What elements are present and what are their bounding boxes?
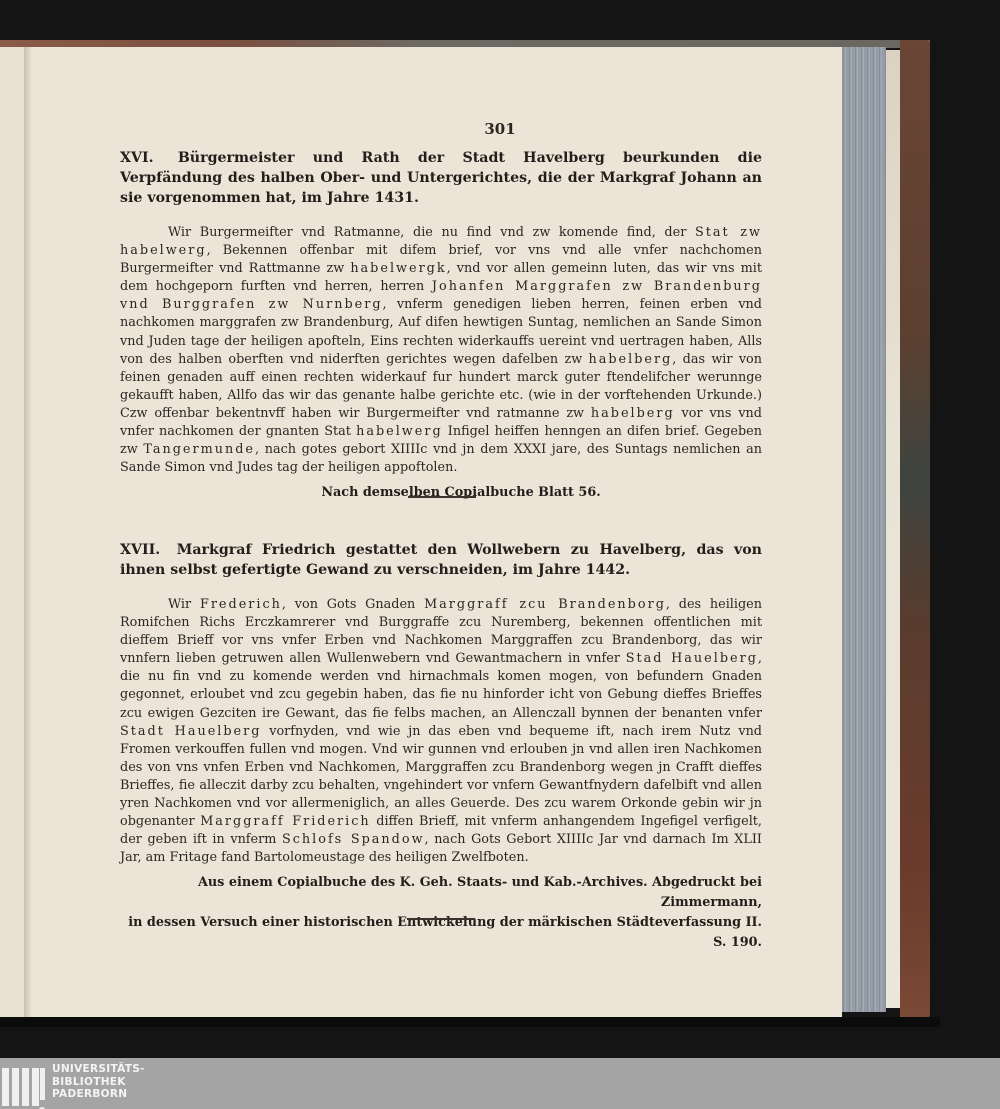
bottom-shadow [0, 1017, 940, 1027]
section-title: Markgraf Friedrich gestattet den Wollweb… [120, 542, 762, 578]
section-title: Bürgermeister und Rath der Stadt Havelbe… [120, 150, 762, 206]
section-xvi: XVI. Bürgermeister und Rath der Stadt Ha… [120, 148, 762, 503]
section-numeral: XVI. [120, 150, 154, 166]
section-xvi-body: Wir Burgermeifter vnd Ratmanne, die nu f… [120, 224, 762, 477]
page-number: 301 [0, 120, 1000, 138]
spaced-name: Stad Hauelberg [626, 651, 758, 666]
footer-bar: UNIVERSITÄTS- BIBLIOTHEK PADERBORN [0, 1058, 1000, 1109]
section-xvi-heading: XVI. Bürgermeister und Rath der Stadt Ha… [120, 148, 762, 208]
body-text: Wir [168, 597, 200, 612]
left-page-edge [0, 47, 26, 1017]
section-xvi-source: Nach demselben Copialbuche Blatt 56. [120, 483, 762, 503]
spaced-name: Marggraff zcu Brandenborg [424, 597, 666, 612]
page-block-edges [842, 47, 886, 1012]
logo-bar [22, 1068, 29, 1106]
logo-line: BIBLIOTHEK [52, 1076, 145, 1089]
library-logo-text: UNIVERSITÄTS- BIBLIOTHEK PADERBORN [52, 1063, 145, 1101]
section-xvii-source-line1: Aus einem Copialbuche des K. Geh. Staats… [120, 873, 762, 913]
spaced-name: habelwergk [350, 261, 446, 276]
section-xvii-heading: XVII. Markgraf Friedrich gestattet den W… [120, 540, 762, 580]
spaced-name: Stadt Hauelberg [120, 724, 261, 739]
gutter-shadow [24, 47, 32, 1017]
spaced-name: Marggraff Friderich [200, 814, 371, 829]
spaced-name: habelberg [591, 406, 675, 421]
spaced-name: Tangermunde [143, 442, 255, 457]
spaced-name: Frederich [200, 597, 282, 612]
logo-bar [12, 1068, 19, 1106]
section-divider [407, 918, 475, 920]
logo-bar [32, 1068, 39, 1106]
body-text: , von Gots Gnaden [282, 597, 424, 612]
spaced-name: Schlofs Spandow [282, 832, 425, 847]
book-cover-right-edge [900, 40, 930, 1020]
section-xvii-body: Wir Frederich, von Gots Gnaden Marggraff… [120, 596, 762, 867]
page-block-edge-light [886, 50, 900, 1008]
logo-bar [2, 1068, 9, 1106]
spaced-name: habelberg [588, 352, 672, 367]
logo-line: UNIVERSITÄTS- [52, 1063, 145, 1076]
spaced-name: habelwerg [356, 424, 443, 439]
body-text: Wir Burgermeifter vnd Ratmanne, die nu f… [168, 225, 695, 240]
logo-line: PADERBORN [52, 1088, 145, 1101]
section-divider [408, 496, 476, 498]
section-numeral: XVII. [120, 542, 160, 558]
section-xvii: XVII. Markgraf Friedrich gestattet den W… [120, 540, 762, 953]
logo-exclamation [40, 1068, 45, 1100]
